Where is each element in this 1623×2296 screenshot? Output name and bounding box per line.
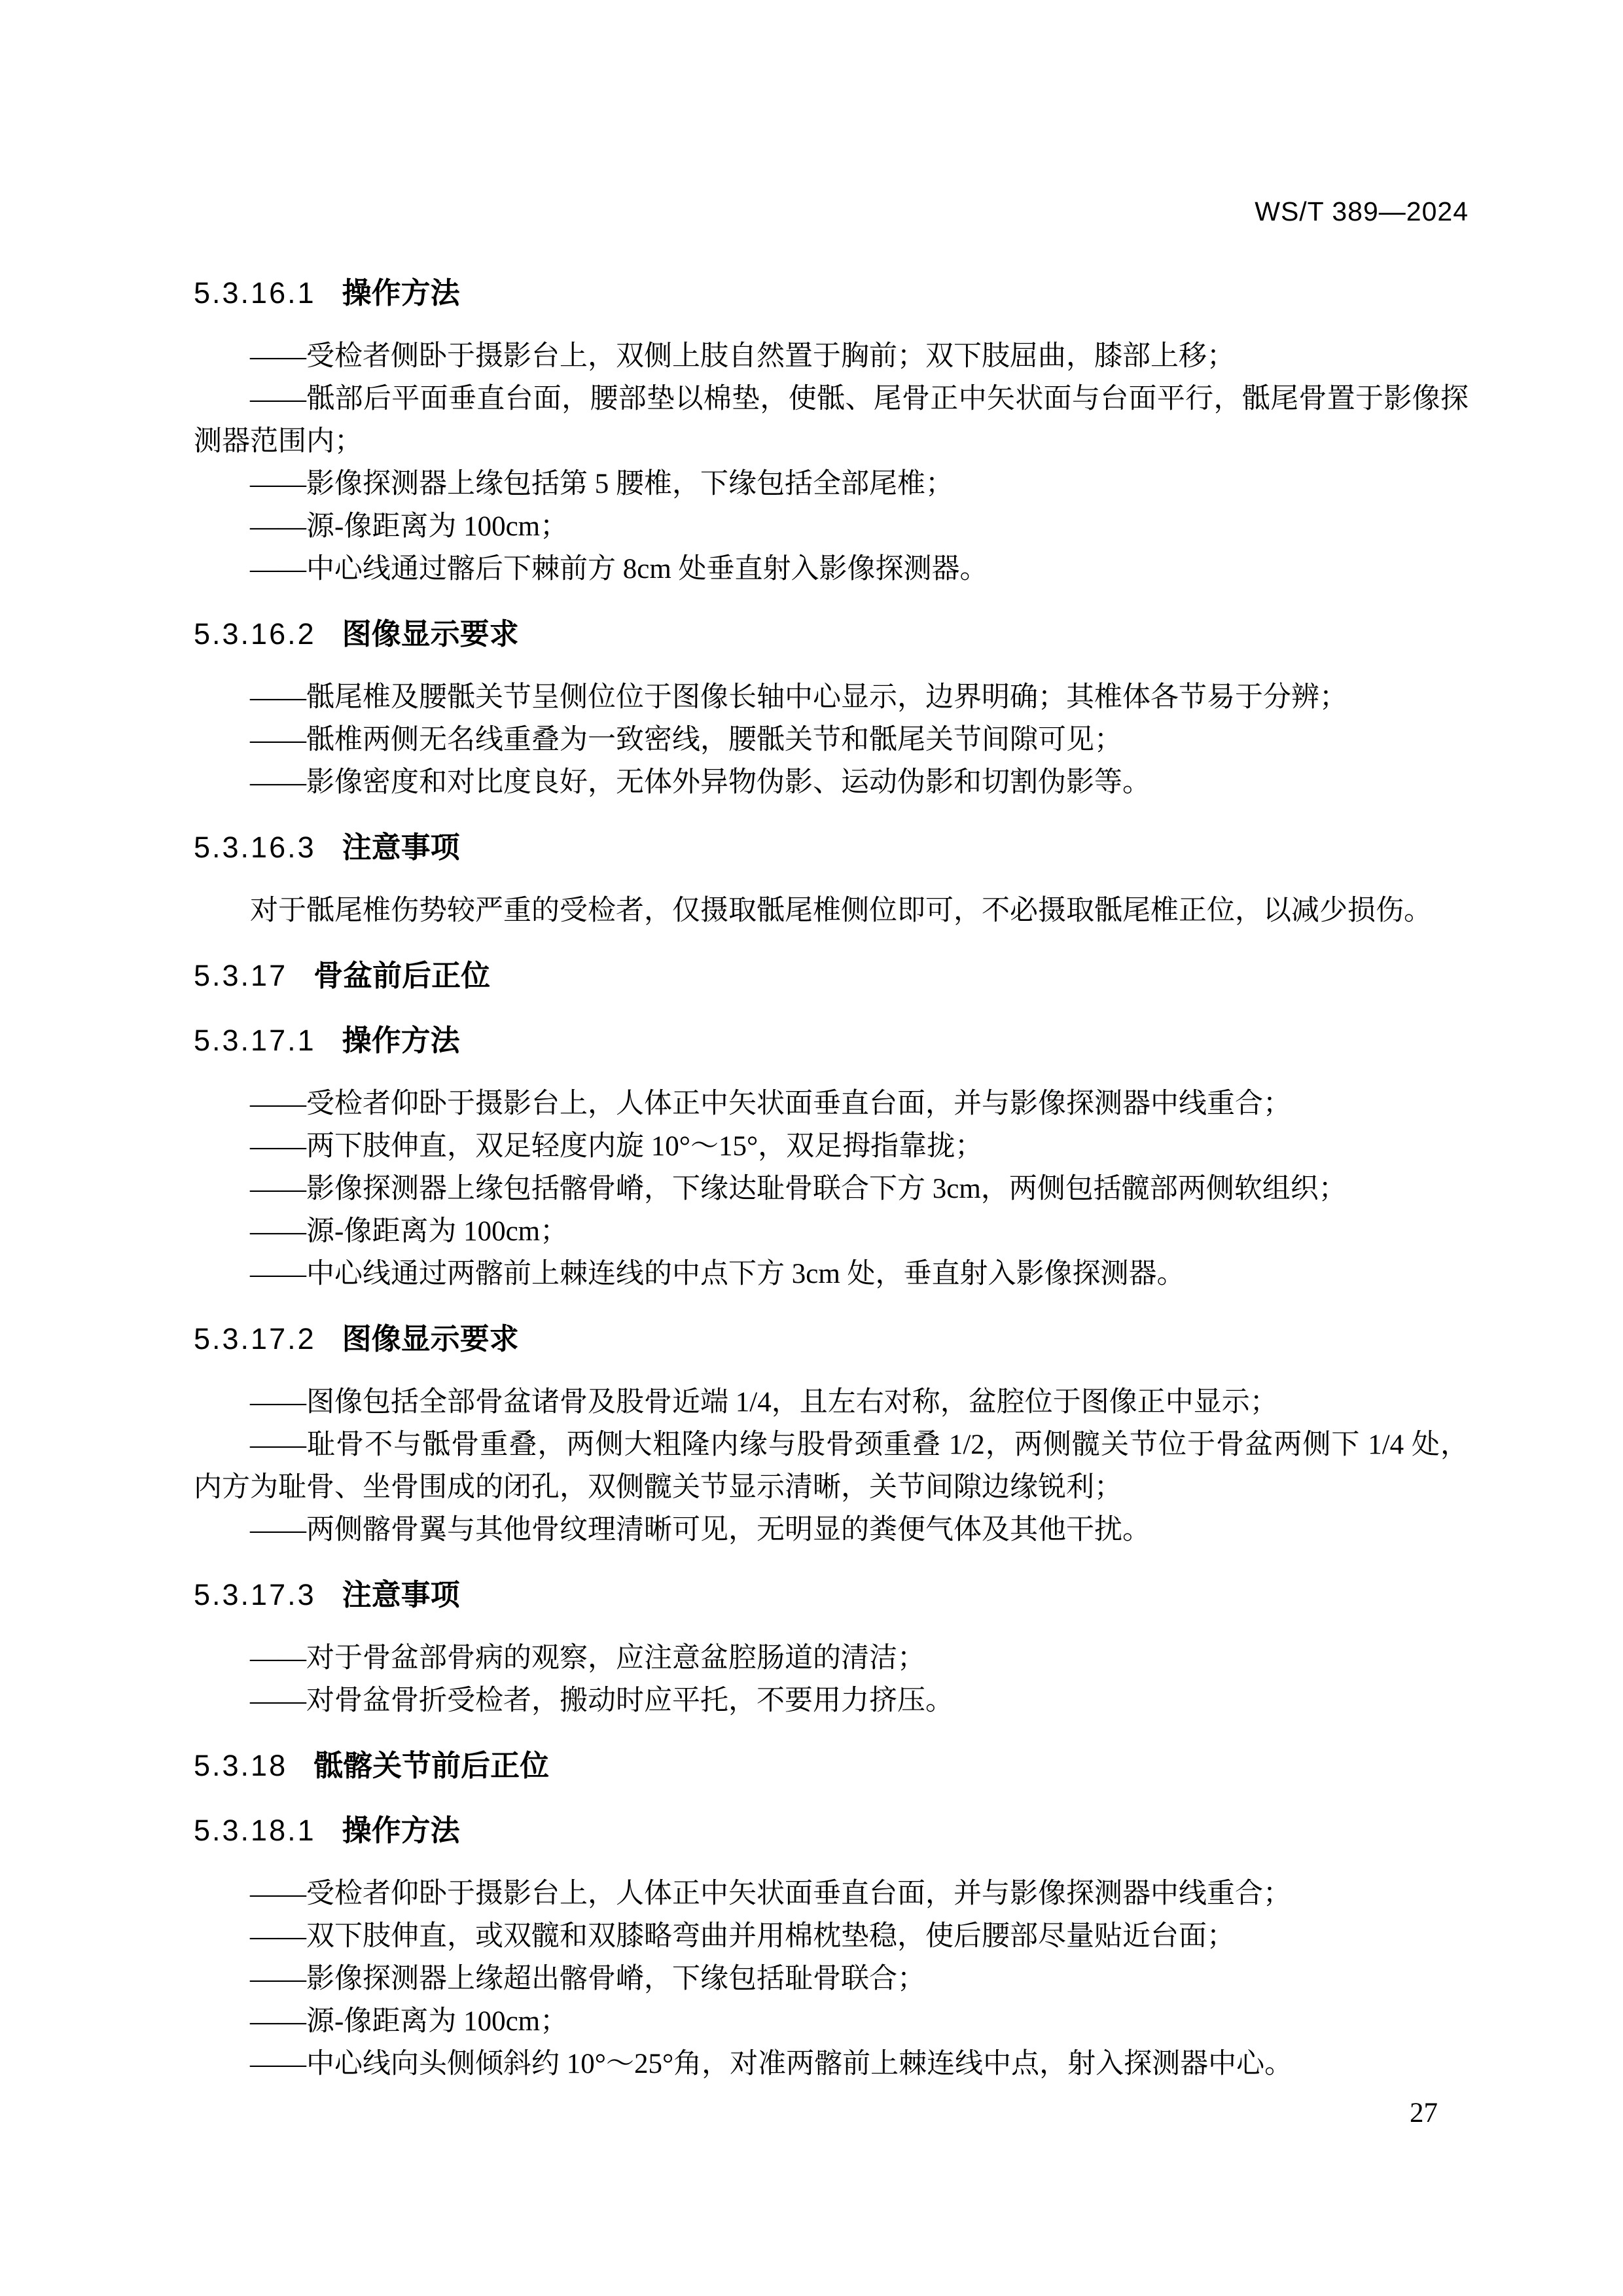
section-heading: 5.3.16.1操作方法 (194, 272, 1469, 314)
page-number: 27 (1410, 2097, 1438, 2129)
section-heading: 5.3.16.2图像显示要求 (194, 613, 1469, 655)
list-item: ——对于骨盆部骨病的观察，应注意盆腔肠道的清洁； (194, 1637, 1469, 1679)
list-item: ——源-像距离为 100cm； (194, 1210, 1469, 1253)
list-text: 源-像距离为 100cm； (306, 1216, 568, 1247)
list-dash: —— (250, 1088, 306, 1119)
list-dash: —— (250, 1259, 306, 1289)
heading-title: 操作方法 (342, 1024, 460, 1057)
list-text: 双下肢伸直，或双髋和双膝略弯曲并用棉枕垫稳，使后腰部尽量贴近台面； (306, 1921, 1235, 1952)
list-text: 耻骨不与骶骨重叠，两侧大粗隆内缘与股骨颈重叠 1/2，两侧髋关节位于骨盆两侧下 … (194, 1429, 1469, 1503)
list-item: ——中心线通过两髂前上棘连线的中点下方 3cm 处，垂直射入影像探测器。 (194, 1253, 1469, 1295)
list-item: ——骶尾椎及腰骶关节呈侧位位于图像长轴中心显示，边界明确；其椎体各节易于分辨； (194, 676, 1469, 719)
heading-title: 骶髂关节前后正位 (313, 1749, 549, 1782)
list-text: 影像密度和对比度良好，无体外异物伪影、运动伪影和切割伪影等。 (306, 767, 1150, 798)
section-heading: 5.3.17.3注意事项 (194, 1573, 1469, 1616)
list-dash: —— (250, 725, 306, 755)
list-item: ——源-像距离为 100cm； (194, 2000, 1469, 2043)
paragraph: 对于骶尾椎伤势较严重的受检者，仅摄取骶尾椎侧位即可，不必摄取骶尾椎正位，以减少损… (194, 889, 1469, 932)
heading-title: 图像显示要求 (342, 1322, 519, 1355)
heading-number: 5.3.18 (194, 1749, 287, 1782)
list-item: ——中心线通过髂后下棘前方 8cm 处垂直射入影像探测器。 (194, 548, 1469, 590)
list-text: 对骨盆骨折受检者，搬动时应平托，不要用力挤压。 (306, 1685, 954, 1716)
list-item: ——影像探测器上缘包括髂骨嵴，下缘达耻骨联合下方 3cm，两侧包括髋部两侧软组织… (194, 1168, 1469, 1210)
list-item: ——影像探测器上缘超出髂骨嵴，下缘包括耻骨联合； (194, 1958, 1469, 2000)
list-text: 中心线通过两髂前上棘连线的中点下方 3cm 处，垂直射入影像探测器。 (306, 1259, 1185, 1289)
list-text: 图像包括全部骨盆诸骨及股骨近端 1/4，且左右对称，盆腔位于图像正中显示； (306, 1387, 1278, 1418)
list-item: ——两下肢伸直，双足轻度内旋 10°～15°，双足拇指靠拢； (194, 1125, 1469, 1168)
list-text: 骶椎两侧无名线重叠为一致密线，腰骶关节和骶尾关节间隙可见； (306, 725, 1122, 755)
section-heading: 5.3.17.2图像显示要求 (194, 1318, 1469, 1360)
heading-number: 5.3.16.1 (194, 276, 316, 310)
heading-number: 5.3.18.1 (194, 1814, 316, 1847)
paragraph-text: 对于骶尾椎伤势较严重的受检者，仅摄取骶尾椎侧位即可，不必摄取骶尾椎正位，以减少损… (250, 895, 1432, 926)
list-item: ——源-像距离为 100cm； (194, 505, 1469, 548)
heading-title: 操作方法 (342, 276, 460, 310)
list-item: ——影像密度和对比度良好，无体外异物伪影、运动伪影和切割伪影等。 (194, 761, 1469, 804)
list-dash: —— (250, 1131, 306, 1162)
section-heading: 5.3.18.1操作方法 (194, 1809, 1469, 1852)
list-text: 两侧髂骨翼与其他骨纹理清晰可见，无明显的粪便气体及其他干扰。 (306, 1515, 1150, 1545)
section-heading: 5.3.17骨盆前后正位 (194, 954, 1469, 997)
list-dash: —— (250, 1643, 306, 1674)
list-dash: —— (250, 1429, 306, 1460)
heading-title: 操作方法 (342, 1814, 460, 1847)
list-text: 受检者仰卧于摄影台上，人体正中矢状面垂直台面，并与影像探测器中线重合； (306, 1878, 1291, 1909)
list-dash: —— (250, 1515, 306, 1545)
list-text: 中心线向头侧倾斜约 10°～25°角，对准两髂前上棘连线中点，射入探测器中心。 (306, 2049, 1293, 2079)
list-text: 两下肢伸直，双足轻度内旋 10°～15°，双足拇指靠拢； (306, 1131, 983, 1162)
list-dash: —— (250, 1878, 306, 1909)
list-item: ——骶椎两侧无名线重叠为一致密线，腰骶关节和骶尾关节间隙可见； (194, 719, 1469, 761)
section-heading: 5.3.16.3注意事项 (194, 826, 1469, 869)
list-item: ——影像探测器上缘包括第 5 腰椎，下缘包括全部尾椎； (194, 463, 1469, 505)
list-text: 源-像距离为 100cm； (306, 511, 568, 542)
list-dash: —— (250, 384, 306, 414)
list-text: 骶部后平面垂直台面，腰部垫以棉垫，使骶、尾骨正中矢状面与台面平行，骶尾骨置于影像… (194, 384, 1469, 457)
section-heading: 5.3.17.1操作方法 (194, 1019, 1469, 1062)
heading-number: 5.3.17.1 (194, 1024, 316, 1057)
list-item: ——骶部后平面垂直台面，腰部垫以棉垫，使骶、尾骨正中矢状面与台面平行，骶尾骨置于… (194, 378, 1469, 463)
standard-number-header: WS/T 389—2024 (1255, 196, 1469, 227)
list-text: 影像探测器上缘超出髂骨嵴，下缘包括耻骨联合； (306, 1964, 925, 1994)
list-dash: —— (250, 1921, 306, 1952)
list-item: ——双下肢伸直，或双髋和双膝略弯曲并用棉枕垫稳，使后腰部尽量贴近台面； (194, 1915, 1469, 1958)
list-text: 受检者仰卧于摄影台上，人体正中矢状面垂直台面，并与影像探测器中线重合； (306, 1088, 1291, 1119)
list-dash: —— (250, 341, 306, 372)
list-text: 对于骨盆部骨病的观察，应注意盆腔肠道的清洁； (306, 1643, 925, 1674)
heading-title: 图像显示要求 (342, 617, 519, 651)
list-dash: —— (250, 511, 306, 542)
list-dash: —— (250, 682, 306, 713)
list-item: ——受检者仰卧于摄影台上，人体正中矢状面垂直台面，并与影像探测器中线重合； (194, 1873, 1469, 1915)
list-item: ——两侧髂骨翼与其他骨纹理清晰可见，无明显的粪便气体及其他干扰。 (194, 1509, 1469, 1551)
list-dash: —— (250, 2006, 306, 2037)
list-dash: —— (250, 554, 306, 584)
content: 5.3.16.1操作方法——受检者侧卧于摄影台上，双侧上肢自然置于胸前；双下肢屈… (194, 249, 1469, 2085)
heading-number: 5.3.17.2 (194, 1322, 316, 1355)
list-text: 骶尾椎及腰骶关节呈侧位位于图像长轴中心显示，边界明确；其椎体各节易于分辨； (306, 682, 1347, 713)
list-dash: —— (250, 1685, 306, 1716)
list-item: ——对骨盆骨折受检者，搬动时应平托，不要用力挤压。 (194, 1679, 1469, 1722)
list-text: 影像探测器上缘包括第 5 腰椎，下缘包括全部尾椎； (306, 469, 954, 499)
heading-title: 注意事项 (342, 1578, 460, 1611)
list-text: 源-像距离为 100cm； (306, 2006, 568, 2037)
heading-number: 5.3.16.2 (194, 617, 316, 651)
heading-number: 5.3.17 (194, 959, 287, 992)
heading-title: 骨盆前后正位 (313, 959, 490, 992)
heading-title: 注意事项 (342, 831, 460, 864)
list-dash: —— (250, 1964, 306, 1994)
list-item: ——耻骨不与骶骨重叠，两侧大粗隆内缘与股骨颈重叠 1/2，两侧髋关节位于骨盆两侧… (194, 1424, 1469, 1509)
list-dash: —— (250, 1216, 306, 1247)
list-dash: —— (250, 1387, 306, 1418)
list-text: 影像探测器上缘包括髂骨嵴，下缘达耻骨联合下方 3cm，两侧包括髋部两侧软组织； (306, 1174, 1347, 1204)
list-dash: —— (250, 469, 306, 499)
list-dash: —— (250, 2049, 306, 2079)
list-item: ——中心线向头侧倾斜约 10°～25°角，对准两髂前上棘连线中点，射入探测器中心… (194, 2043, 1469, 2085)
list-text: 受检者侧卧于摄影台上，双侧上肢自然置于胸前；双下肢屈曲，膝部上移； (306, 341, 1235, 372)
document-page: WS/T 389—2024 5.3.16.1操作方法——受检者侧卧于摄影台上，双… (0, 0, 1623, 2296)
list-text: 中心线通过髂后下棘前方 8cm 处垂直射入影像探测器。 (306, 554, 988, 584)
heading-number: 5.3.16.3 (194, 831, 316, 864)
list-dash: —— (250, 767, 306, 798)
list-item: ——受检者仰卧于摄影台上，人体正中矢状面垂直台面，并与影像探测器中线重合； (194, 1083, 1469, 1125)
section-heading: 5.3.18骶髂关节前后正位 (194, 1744, 1469, 1787)
list-item: ——受检者侧卧于摄影台上，双侧上肢自然置于胸前；双下肢屈曲，膝部上移； (194, 335, 1469, 378)
heading-number: 5.3.17.3 (194, 1578, 316, 1611)
list-item: ——图像包括全部骨盆诸骨及股骨近端 1/4，且左右对称，盆腔位于图像正中显示； (194, 1381, 1469, 1424)
list-dash: —— (250, 1174, 306, 1204)
